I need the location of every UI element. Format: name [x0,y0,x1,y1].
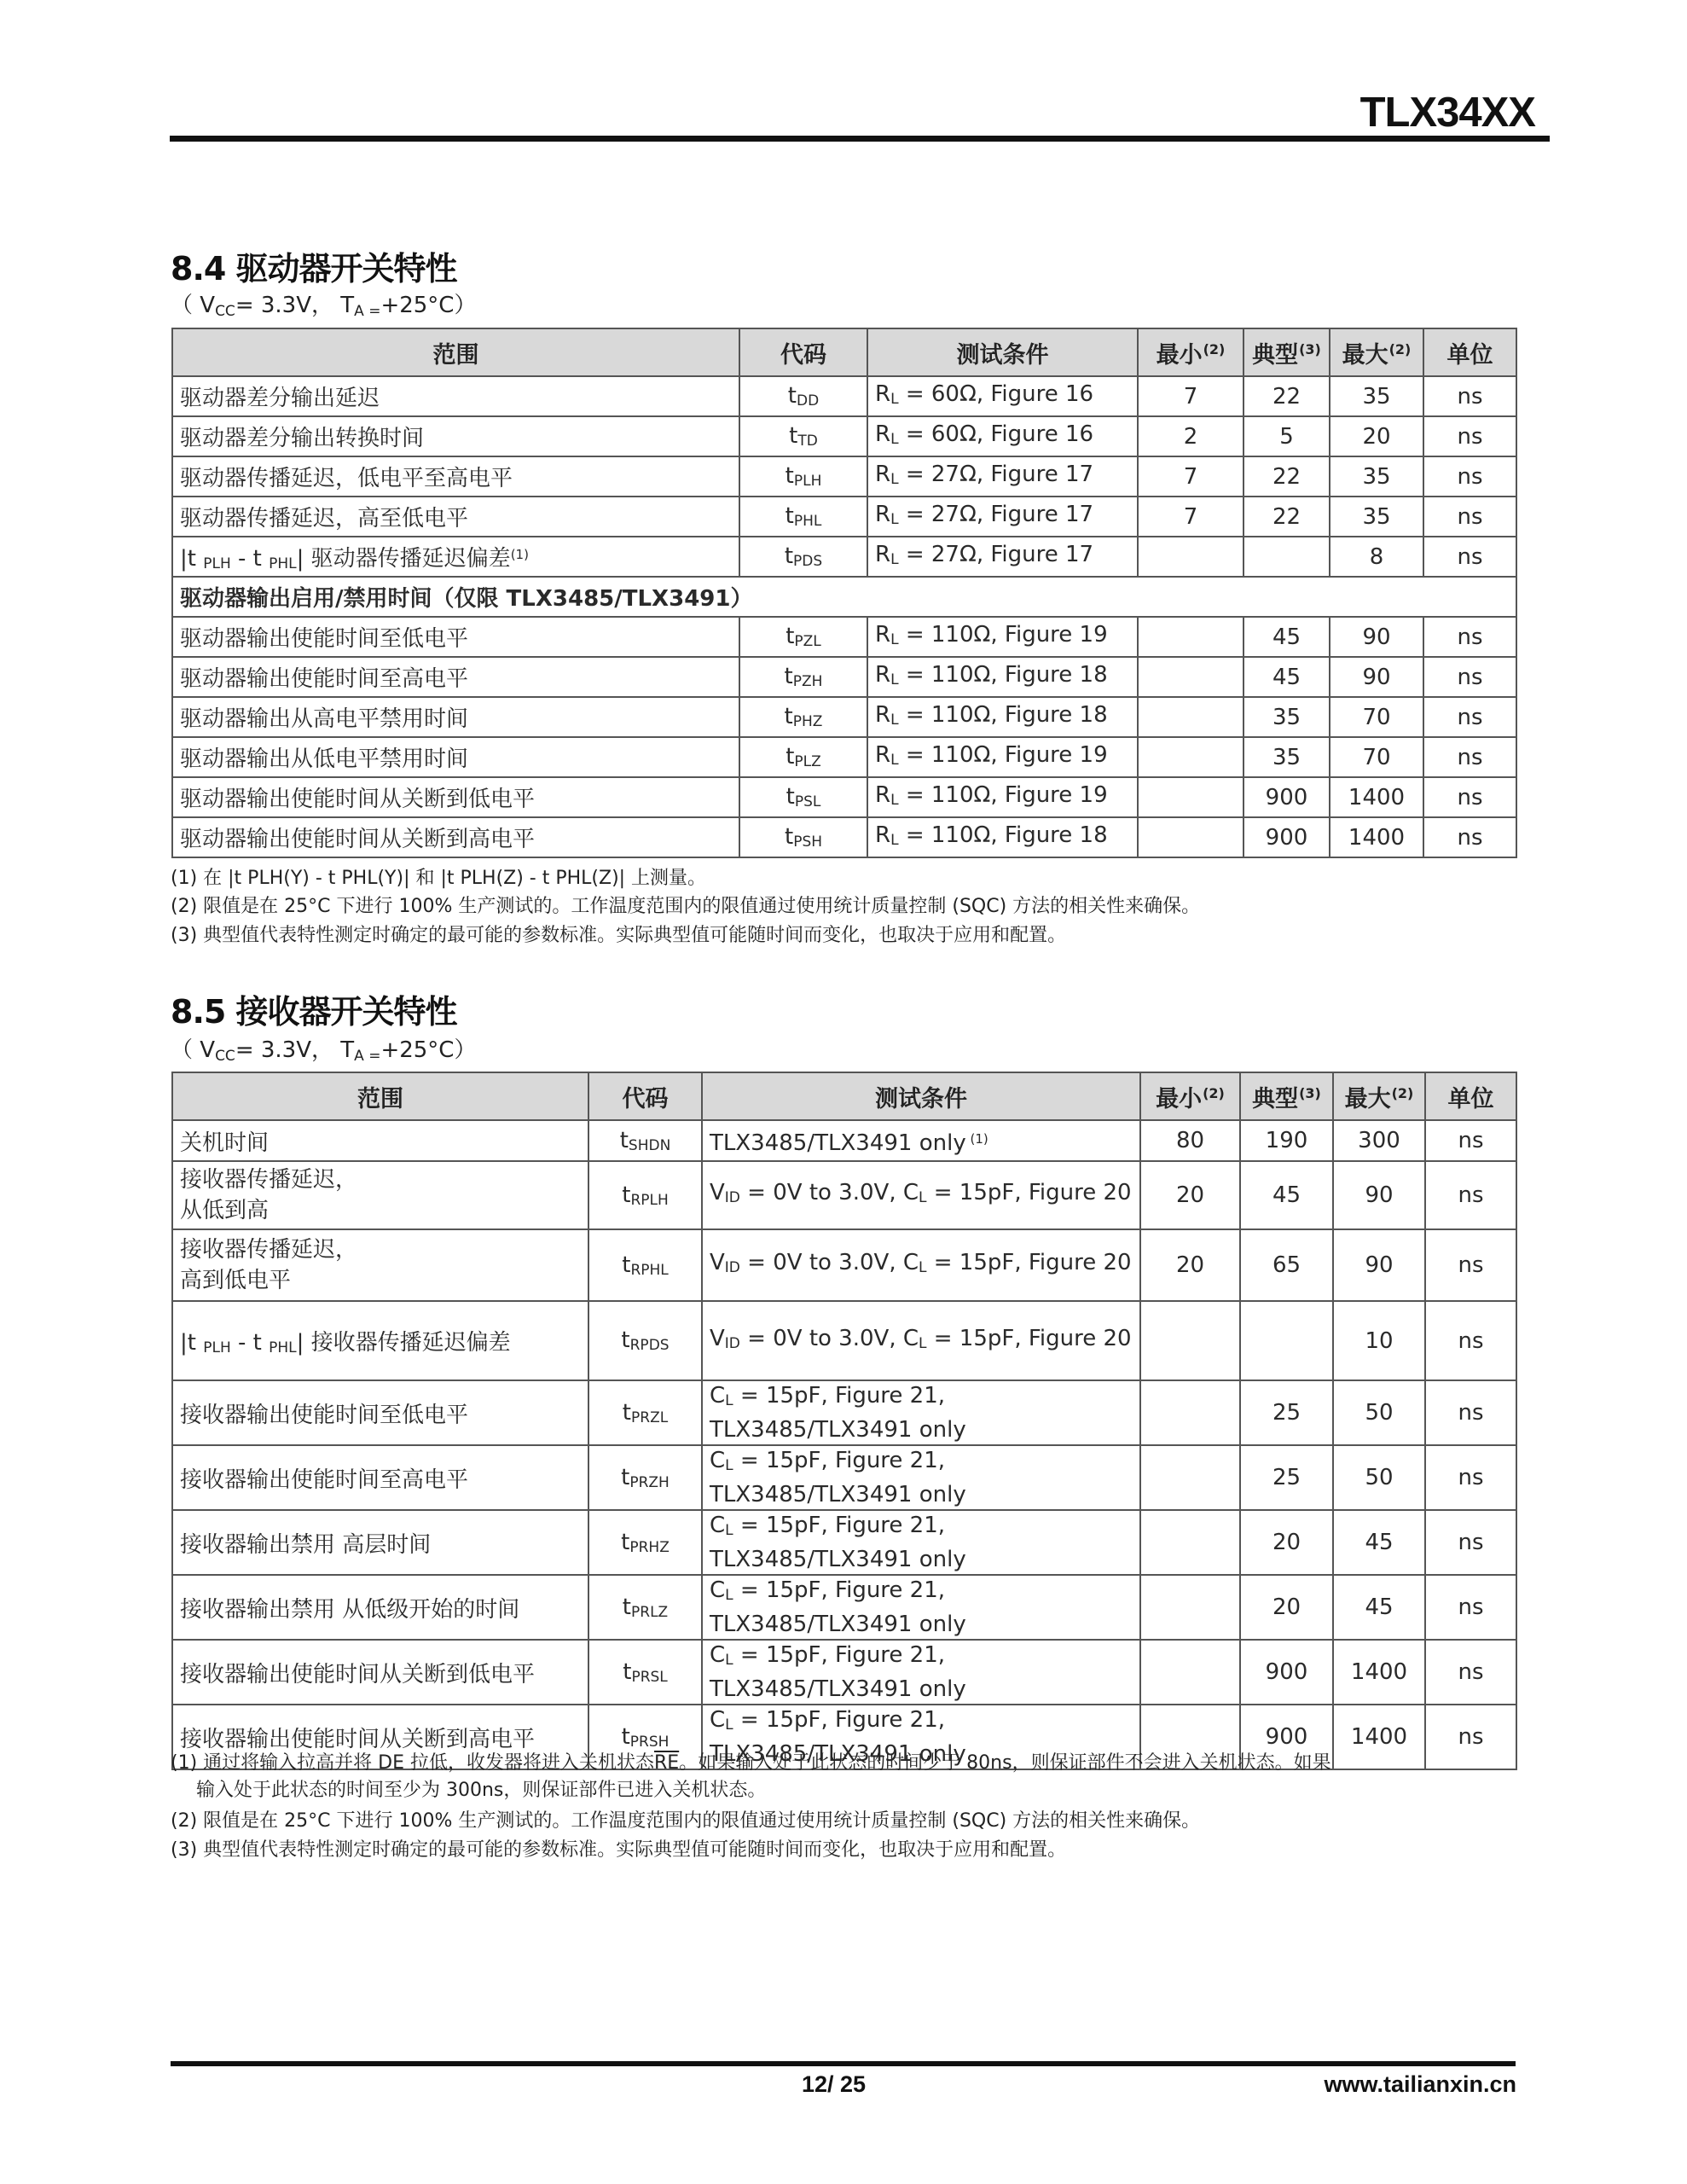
typ-cell: 35 [1244,737,1330,777]
table-row: |t PLH - t PHL| 驱动器传播延迟偏差(1)tPDSRL = 27Ω… [172,537,1516,577]
col-header-max: 最大(2) [1333,1072,1425,1120]
typ-note: (3) [1299,341,1321,357]
symbol-cell: tSHDN [588,1120,702,1161]
test-condition-cell: RL = 60Ω, Figure 16 [867,416,1138,456]
test-condition-cell: RL = 27Ω, Figure 17 [867,497,1138,537]
max-cell: 70 [1330,737,1423,777]
cond-vcc-sub: CC [215,1048,235,1065]
typ-cell: 190 [1240,1120,1333,1161]
unit-cell: ns [1425,1510,1516,1575]
param-cell: |t PLH - t PHL| 驱动器传播延迟偏差(1) [172,537,739,577]
test-condition-cell: CL = 15pF, Figure 21,TLX3485/TLX3491 onl… [702,1640,1140,1705]
col-header-parameter: 范围 [172,1072,588,1120]
max-note: (2) [1392,1085,1414,1101]
cond-vcc-sub: CC [215,303,235,320]
table-header-row: 范围 代码 测试条件 最小(2) 典型(3) 最大(2) 单位 [172,328,1516,376]
typ-cell: 22 [1244,376,1330,416]
max-cell: 50 [1333,1380,1425,1445]
footer-rule [171,2061,1516,2066]
param-cell: 驱动器输出从低电平禁用时间 [172,737,739,777]
footnote-8-4-1: (1) 在 |t PLH(Y) - t PHL(Y)| 和 |t PLH(Z) … [171,868,1518,890]
unit-cell: ns [1425,1229,1516,1301]
test-condition-cell: VID = 0V to 3.0V, CL = 15pF, Figure 20 [702,1161,1140,1229]
symbol-cell: tTD [739,416,867,456]
param-cell: 关机时间 [172,1120,588,1161]
symbol-cell: tPRHZ [588,1510,702,1575]
cond-ta-value: +25°C） [380,293,476,318]
col-header-symbol: 代码 [588,1072,702,1120]
param-cell: 接收器输出禁用 高层时间 [172,1510,588,1575]
table-row: 接收器输出禁用 高层时间tPRHZCL = 15pF, Figure 21,TL… [172,1510,1516,1575]
unit-cell: ns [1425,1380,1516,1445]
unit-cell: ns [1423,777,1516,817]
test-conditions-8-5: （ VCC= 3.3V， TA =+25°C） [171,1039,476,1064]
table-row: 接收器传播延迟，从低到高tRPLHVID = 0V to 3.0V, CL = … [172,1161,1516,1229]
fn1-part-a: (1) 通过将输入拉高并将 DE 拉低，收发器将进入关机状态 [171,1752,654,1774]
symbol-cell: tRPHL [588,1229,702,1301]
col-header-symbol: 代码 [739,328,867,376]
max-cell: 90 [1333,1161,1425,1229]
param-cell: 驱动器传播延迟，高至低电平 [172,497,739,537]
table-row: |t PLH - t PHL| 接收器传播延迟偏差tRPDSVID = 0V t… [172,1301,1516,1380]
min-cell: 20 [1140,1229,1240,1301]
param-cell: 接收器输出禁用 从低级开始的时间 [172,1575,588,1640]
min-cell: 20 [1140,1161,1240,1229]
typ-note: (3) [1299,1085,1321,1101]
min-cell [1140,1301,1240,1380]
min-note: (2) [1203,1085,1225,1101]
max-cell: 10 [1333,1301,1425,1380]
table-row: 驱动器输出使能时间至低电平tPZLRL = 110Ω, Figure 19459… [172,617,1516,657]
col-header-test-conditions: 测试条件 [702,1072,1140,1120]
param-cell: 驱动器输出使能时间从关断到低电平 [172,777,739,817]
typ-cell: 900 [1240,1640,1333,1705]
test-condition-cell: RL = 110Ω, Figure 19 [867,737,1138,777]
test-condition-cell: VID = 0V to 3.0V, CL = 15pF, Figure 20 [702,1301,1140,1380]
typ-cell: 5 [1244,416,1330,456]
symbol-cell: tPZH [739,657,867,697]
symbol-cell: tPDS [739,537,867,577]
cond-ta-sub: A = [354,303,380,320]
table-row: 驱动器输出使能时间从关断到低电平tPSLRL = 110Ω, Figure 19… [172,777,1516,817]
symbol-cell: tPSL [739,777,867,817]
typ-cell [1244,537,1330,577]
max-cell: 90 [1333,1229,1425,1301]
max-cell: 35 [1330,376,1423,416]
test-condition-cell: RL = 60Ω, Figure 16 [867,376,1138,416]
section-title-8-4: 8.4 驱动器开关特性 [171,253,457,285]
unit-cell: ns [1425,1161,1516,1229]
typ-cell: 25 [1240,1380,1333,1445]
param-cell: 接收器传播延迟，从低到高 [172,1161,588,1229]
test-condition-cell: CL = 15pF, Figure 21,TLX3485/TLX3491 onl… [702,1510,1140,1575]
typ-label: 典型 [1252,1086,1298,1112]
min-cell [1138,697,1244,737]
fn1-part-b: 。如果输入处于此状态的时间少于 80ns，则保证部件不会进入关机状态。如果 [679,1752,1330,1774]
min-label: 最小 [1157,342,1203,369]
typ-cell: 20 [1240,1510,1333,1575]
unit-cell: ns [1425,1445,1516,1510]
test-condition-cell: RL = 27Ω, Figure 17 [867,537,1138,577]
max-cell: 1400 [1330,777,1423,817]
typ-cell: 45 [1240,1161,1333,1229]
cond-vcc-value: = 3.3V， T [235,1037,354,1063]
footnote-8-5-2: (2) 限值是在 25°C 下进行 100% 生产测试的。工作温度范围内的限值通… [171,1810,1518,1833]
unit-cell: ns [1423,376,1516,416]
min-label: 最小 [1156,1086,1202,1112]
typ-cell [1240,1301,1333,1380]
typ-cell: 65 [1240,1229,1333,1301]
website-link[interactable]: www.tailianxin.cn [1324,2071,1516,2098]
typ-cell: 900 [1244,817,1330,857]
min-cell [1138,777,1244,817]
table-row: 接收器输出禁用 从低级开始的时间tPRLZCL = 15pF, Figure 2… [172,1575,1516,1640]
test-condition-cell: RL = 110Ω, Figure 19 [867,777,1138,817]
col-header-typ: 典型(3) [1240,1072,1333,1120]
test-condition-cell: TLX3485/TLX3491 only (1) [702,1120,1140,1161]
symbol-cell: tPRZL [588,1380,702,1445]
max-cell: 8 [1330,537,1423,577]
test-condition-cell: RL = 27Ω, Figure 17 [867,456,1138,497]
unit-cell: ns [1423,456,1516,497]
test-condition-cell: RL = 110Ω, Figure 19 [867,617,1138,657]
max-cell: 50 [1333,1445,1425,1510]
test-condition-cell: RL = 110Ω, Figure 18 [867,817,1138,857]
typ-label: 典型 [1252,342,1298,369]
min-cell [1138,817,1244,857]
test-conditions-8-4: （ VCC= 3.3V， TA =+25°C） [171,294,476,319]
param-cell: 驱动器差分输出延迟 [172,376,739,416]
typ-cell: 45 [1244,657,1330,697]
typ-cell: 900 [1244,777,1330,817]
test-condition-cell: RL = 110Ω, Figure 18 [867,657,1138,697]
min-cell: 2 [1138,416,1244,456]
min-cell: 7 [1138,456,1244,497]
table-row: 驱动器差分输出转换时间tTDRL = 60Ω, Figure 162520ns [172,416,1516,456]
footnote-8-4-3: (3) 典型值代表特性测定时确定的最可能的参数标准。实际典型值可能随时间而变化，… [171,925,1518,947]
table-row: 接收器输出使能时间至低电平tPRZLCL = 15pF, Figure 21,T… [172,1380,1516,1445]
symbol-cell: tPSH [739,817,867,857]
min-cell: 7 [1138,376,1244,416]
unit-cell: ns [1425,1575,1516,1640]
min-cell [1138,537,1244,577]
col-header-max: 最大(2) [1330,328,1423,376]
param-cell: 驱动器输出使能时间至低电平 [172,617,739,657]
test-condition-cell: CL = 15pF, Figure 21,TLX3485/TLX3491 onl… [702,1380,1140,1445]
max-cell: 70 [1330,697,1423,737]
symbol-cell: tPRSL [588,1640,702,1705]
table-row: 关机时间tSHDNTLX3485/TLX3491 only (1)8019030… [172,1120,1516,1161]
symbol-cell: tPRZH [588,1445,702,1510]
max-cell: 35 [1330,456,1423,497]
typ-cell: 22 [1244,497,1330,537]
symbol-cell: tDD [739,376,867,416]
min-cell [1138,617,1244,657]
table-row: 驱动器输出使能时间从关断到高电平tPSHRL = 110Ω, Figure 18… [172,817,1516,857]
param-cell: 驱动器差分输出转换时间 [172,416,739,456]
section-title-8-5: 8.5 接收器开关特性 [171,996,457,1028]
param-cell: 驱动器输出使能时间从关断到高电平 [172,817,739,857]
typ-cell: 45 [1244,617,1330,657]
max-cell: 1400 [1330,817,1423,857]
col-header-unit: 单位 [1423,328,1516,376]
symbol-cell: tRPLH [588,1161,702,1229]
cond-prefix: （ V [171,293,215,318]
symbol-cell: tPLH [739,456,867,497]
unit-cell: ns [1425,1301,1516,1380]
symbol-cell: tPHZ [739,697,867,737]
col-header-min: 最小(2) [1140,1072,1240,1120]
table-header-row: 范围 代码 测试条件 最小(2) 典型(3) 最大(2) 单位 [172,1072,1516,1120]
table-row: 接收器输出使能时间至高电平tPRZHCL = 15pF, Figure 21,T… [172,1445,1516,1510]
unit-cell: ns [1423,497,1516,537]
test-condition-cell: CL = 15pF, Figure 21,TLX3485/TLX3491 onl… [702,1575,1140,1640]
fn1-part-c: 输入处于此状态的时间至少为 300ns，则保证部件已进入关机状态。 [171,1780,1518,1802]
typ-cell: 25 [1240,1445,1333,1510]
col-header-unit: 单位 [1425,1072,1516,1120]
param-cell: 接收器输出使能时间至高电平 [172,1445,588,1510]
min-cell [1140,1640,1240,1705]
param-cell: 接收器输出使能时间从关断到低电平 [172,1640,588,1705]
min-cell [1140,1510,1240,1575]
max-label: 最大 [1342,342,1388,369]
param-cell: |t PLH - t PHL| 接收器传播延迟偏差 [172,1301,588,1380]
max-label: 最大 [1345,1086,1391,1112]
unit-cell: ns [1423,817,1516,857]
cond-vcc-value: = 3.3V， T [235,293,354,318]
col-header-parameter: 范围 [172,328,739,376]
table-row: 接收器输出使能时间从关断到低电平tPRSLCL = 15pF, Figure 2… [172,1640,1516,1705]
driver-switching-table: 范围 代码 测试条件 最小(2) 典型(3) 最大(2) 单位 驱动器差分输出延… [171,328,1517,858]
min-cell [1140,1575,1240,1640]
page-number: 12/ 25 [802,2071,866,2098]
document-code: TLX34XX [1360,92,1535,134]
unit-cell: ns [1425,1120,1516,1161]
unit-cell: ns [1423,737,1516,777]
header-rule [170,136,1550,142]
receiver-switching-table: 范围 代码 测试条件 最小(2) 典型(3) 最大(2) 单位 关机时间tSHD… [171,1072,1517,1770]
fn1-re-signal: RE [654,1752,679,1774]
max-cell: 45 [1333,1575,1425,1640]
param-cell: 驱动器输出使能时间至高电平 [172,657,739,697]
col-header-min: 最小(2) [1138,328,1244,376]
min-cell [1140,1380,1240,1445]
max-cell: 90 [1330,617,1423,657]
unit-cell: ns [1423,416,1516,456]
unit-cell: ns [1423,657,1516,697]
max-cell: 90 [1330,657,1423,697]
param-cell: 驱动器传播延迟，低电平至高电平 [172,456,739,497]
symbol-cell: tPLZ [739,737,867,777]
typ-cell: 20 [1240,1575,1333,1640]
col-header-typ: 典型(3) [1244,328,1330,376]
subsection-row: 驱动器输出启用/禁用时间（仅限 TLX3485/TLX3491） [172,577,1516,617]
test-condition-cell: VID = 0V to 3.0V, CL = 15pF, Figure 20 [702,1229,1140,1301]
max-cell: 35 [1330,497,1423,537]
max-cell: 45 [1333,1510,1425,1575]
cond-ta-sub: A = [354,1048,380,1065]
test-condition-cell: CL = 15pF, Figure 21,TLX3485/TLX3491 onl… [702,1445,1140,1510]
typ-cell: 22 [1244,456,1330,497]
param-cell: 接收器输出使能时间至低电平 [172,1380,588,1445]
test-condition-cell: RL = 110Ω, Figure 18 [867,697,1138,737]
symbol-cell: tPZL [739,617,867,657]
min-cell [1140,1445,1240,1510]
unit-cell: ns [1423,697,1516,737]
max-cell: 300 [1333,1120,1425,1161]
typ-cell: 35 [1244,697,1330,737]
max-cell: 1400 [1333,1640,1425,1705]
max-cell: 20 [1330,416,1423,456]
table-row: 接收器传播延迟，高到低电平tRPHLVID = 0V to 3.0V, CL =… [172,1229,1516,1301]
unit-cell: ns [1425,1640,1516,1705]
unit-cell: ns [1423,617,1516,657]
min-cell [1138,737,1244,777]
min-cell: 7 [1138,497,1244,537]
max-note: (2) [1389,341,1412,357]
min-note: (2) [1203,341,1226,357]
unit-cell: ns [1423,537,1516,577]
symbol-cell: tPRLZ [588,1575,702,1640]
footnote-8-5-1: (1) 通过将输入拉高并将 DE 拉低，收发器将进入关机状态RE。如果输入处于此… [171,1752,1518,1803]
min-cell [1138,657,1244,697]
footnote-8-4-2: (2) 限值是在 25°C 下进行 100% 生产测试的。工作温度范围内的限值通… [171,896,1518,918]
param-cell: 驱动器输出从高电平禁用时间 [172,697,739,737]
table-row: 驱动器传播延迟，低电平至高电平tPLHRL = 27Ω, Figure 1772… [172,456,1516,497]
table-row: 驱动器差分输出延迟tDDRL = 60Ω, Figure 1672235ns [172,376,1516,416]
table-row: 驱动器输出从高电平禁用时间tPHZRL = 110Ω, Figure 18357… [172,697,1516,737]
cond-prefix: （ V [171,1037,215,1063]
param-cell: 接收器传播延迟，高到低电平 [172,1229,588,1301]
table-row: 驱动器输出从低电平禁用时间tPLZRL = 110Ω, Figure 19357… [172,737,1516,777]
symbol-cell: tPHL [739,497,867,537]
table-row: 驱动器传播延迟，高至低电平tPHLRL = 27Ω, Figure 177223… [172,497,1516,537]
footnote-8-5-3: (3) 典型值代表特性测定时确定的最可能的参数标准。实际典型值可能随时间而变化，… [171,1839,1518,1862]
col-header-test-conditions: 测试条件 [867,328,1138,376]
cond-ta-value: +25°C） [380,1037,476,1063]
min-cell: 80 [1140,1120,1240,1161]
subsection-label: 驱动器输出启用/禁用时间（仅限 TLX3485/TLX3491） [172,577,1516,617]
symbol-cell: tRPDS [588,1301,702,1380]
table-row: 驱动器输出使能时间至高电平tPZHRL = 110Ω, Figure 18459… [172,657,1516,697]
